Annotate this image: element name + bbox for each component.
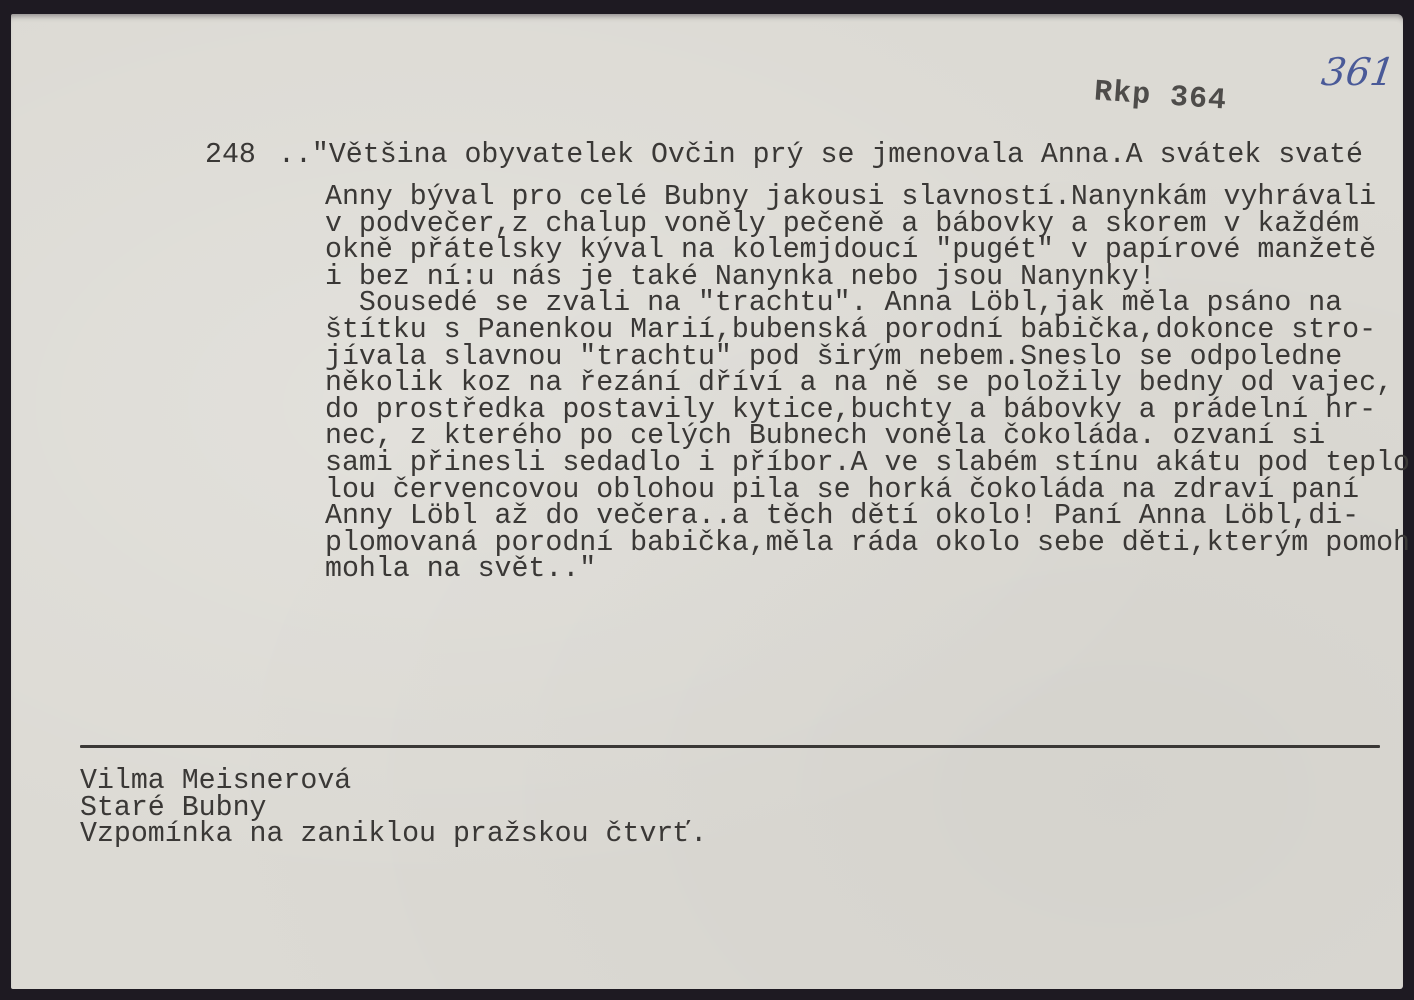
text-line: sami přinesli sedadlo i příbor.A ve slab… <box>325 450 1410 477</box>
text-line: i bez ní:u nás je také Nanynka nebo jsou… <box>325 264 1410 291</box>
text-line: nec, z kterého po celých Bubnech voněla … <box>325 423 1410 450</box>
handwritten-folio-number: 361 <box>1319 50 1398 94</box>
text-line: Anny býval pro celé Bubny jakousi slavno… <box>325 184 1410 211</box>
text-line: štítku s Panenkou Marií,bubenská porodní… <box>325 317 1410 344</box>
entry-number: 248 <box>205 142 256 169</box>
text-line: jívala slavnou "trachtu" pod širým nebem… <box>325 344 1410 371</box>
text-line: plomovaná porodní babička,měla ráda okol… <box>325 530 1410 557</box>
footer-line: Vzpomínka na zaniklou pražskou čtvrť. <box>80 821 707 848</box>
text-line: Sousedé se zvali na "trachtu". Anna Löbl… <box>325 290 1410 317</box>
text-line: Anny Löbl až do večera..a těch dětí okol… <box>325 503 1410 530</box>
footer-line: Vilma Meisnerová <box>80 768 707 795</box>
entry-body-text: Anny býval pro celé Bubny jakousi slavno… <box>325 184 1410 583</box>
footer-line: Staré Bubny <box>80 795 707 822</box>
author-footer: Vilma MeisnerováStaré BubnyVzpomínka na … <box>80 768 707 848</box>
separator-line <box>80 745 1380 748</box>
text-line: do prostředka postavily kytice,buchty a … <box>325 397 1410 424</box>
entry-first-line: .."Většina obyvatelek Ovčin prý se jmeno… <box>278 142 1363 169</box>
scan-background: 361 Rkp 364 248 .."Většina obyvatelek Ov… <box>0 0 1414 1000</box>
text-line: okně přátelsky kýval na kolemjdoucí "pug… <box>325 237 1410 264</box>
text-line: v podvečer,z chalup voněly pečeně a bábo… <box>325 211 1410 238</box>
text-line: několik koz na řezání dříví a na ně se p… <box>325 370 1410 397</box>
text-line: lou červencovou oblohou pila se horká čo… <box>325 477 1410 504</box>
text-line: mohla na svět.." <box>325 556 1410 583</box>
